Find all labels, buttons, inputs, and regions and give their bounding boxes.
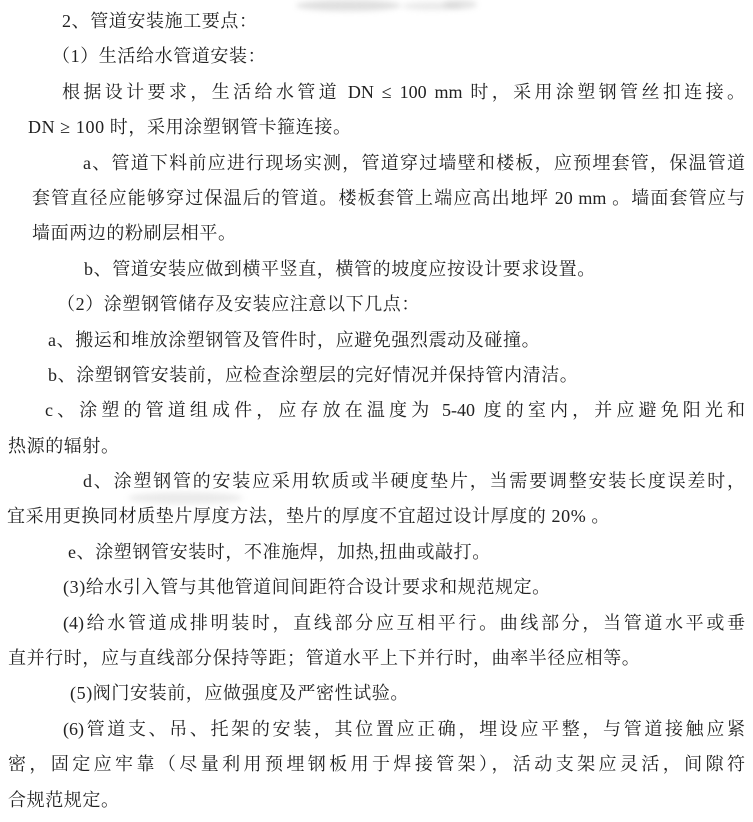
text-line: b、管道安装应做到横平竖直，横管的坡度应按设计要求设置。 [0, 252, 753, 287]
text-line: 套管直径应能够穿过保温后的管道。楼板套管上端应高出地坪 20 mm 。墙面套管应… [0, 181, 753, 216]
text-line: 热源的辐射。 [0, 429, 753, 464]
text-line: 宜采用更换同材质垫片厚度方法，垫片的厚度不宜超过设计厚度的 20% 。 [0, 499, 753, 534]
text-line: a、搬运和堆放涂塑钢管及管件时，应避免强烈震动及碰撞。 [0, 323, 753, 358]
text-line: 2、管道安装施工要点： [0, 4, 753, 39]
text-line: 密，固定应牢靠（尽量利用预埋钢板用于焊接管架），活动支架应灵活，间隙符 [0, 747, 753, 782]
text-line: 墙面两边的粉刷层相平。 [0, 216, 753, 251]
text-line: (5)阀门安装前，应做强度及严密性试验。 [0, 676, 753, 711]
text-line: e、涂塑钢管安装时，不准施焊，加热,扭曲或敲打。 [0, 535, 753, 570]
text-line: 根据设计要求，生活给水管道 DN ≤ 100 mm 时，采用涂塑钢管丝扣连接。 [0, 75, 753, 110]
text-line: d、涂塑钢管的安装应采用软质或半硬度垫片，当需要调整安装长度误差时， [0, 464, 753, 499]
text-line: （1）生活给水管道安装： [0, 39, 753, 74]
text-line: 合规范规定。 [0, 783, 753, 818]
document-body: 2、管道安装施工要点：（1）生活给水管道安装：根据设计要求，生活给水管道 DN … [0, 4, 753, 818]
text-line: (4)给水管道成排明装时，直线部分应互相平行。曲线部分，当管道水平或垂 [0, 606, 753, 641]
text-line: (3)给水引入管与其他管道间间距符合设计要求和规范规定。 [0, 570, 753, 605]
text-line: DN ≥ 100 时，采用涂塑钢管卡箍连接。 [0, 110, 753, 145]
text-line: （2）涂塑钢管储存及安装应注意以下几点： [0, 287, 753, 322]
text-line: c、涂塑的管道组成件，应存放在温度为 5-40 度的室内，并应避免阳光和 [0, 393, 753, 428]
text-line: 直并行时，应与直线部分保持等距；管道水平上下并行时，曲率半径应相等。 [0, 641, 753, 676]
text-line: (6)管道支、吊、托架的安装，其位置应正确，埋设应平整，与管道接触应紧 [0, 712, 753, 747]
document-page: 2、管道安装施工要点：（1）生活给水管道安装：根据设计要求，生活给水管道 DN … [0, 0, 753, 822]
text-line: b、涂塑钢管安装前，应检查涂塑层的完好情况并保持管内清洁。 [0, 358, 753, 393]
text-line: a、管道下料前应进行现场实测，管道穿过墙壁和楼板，应预埋套管，保温管道 [0, 146, 753, 181]
